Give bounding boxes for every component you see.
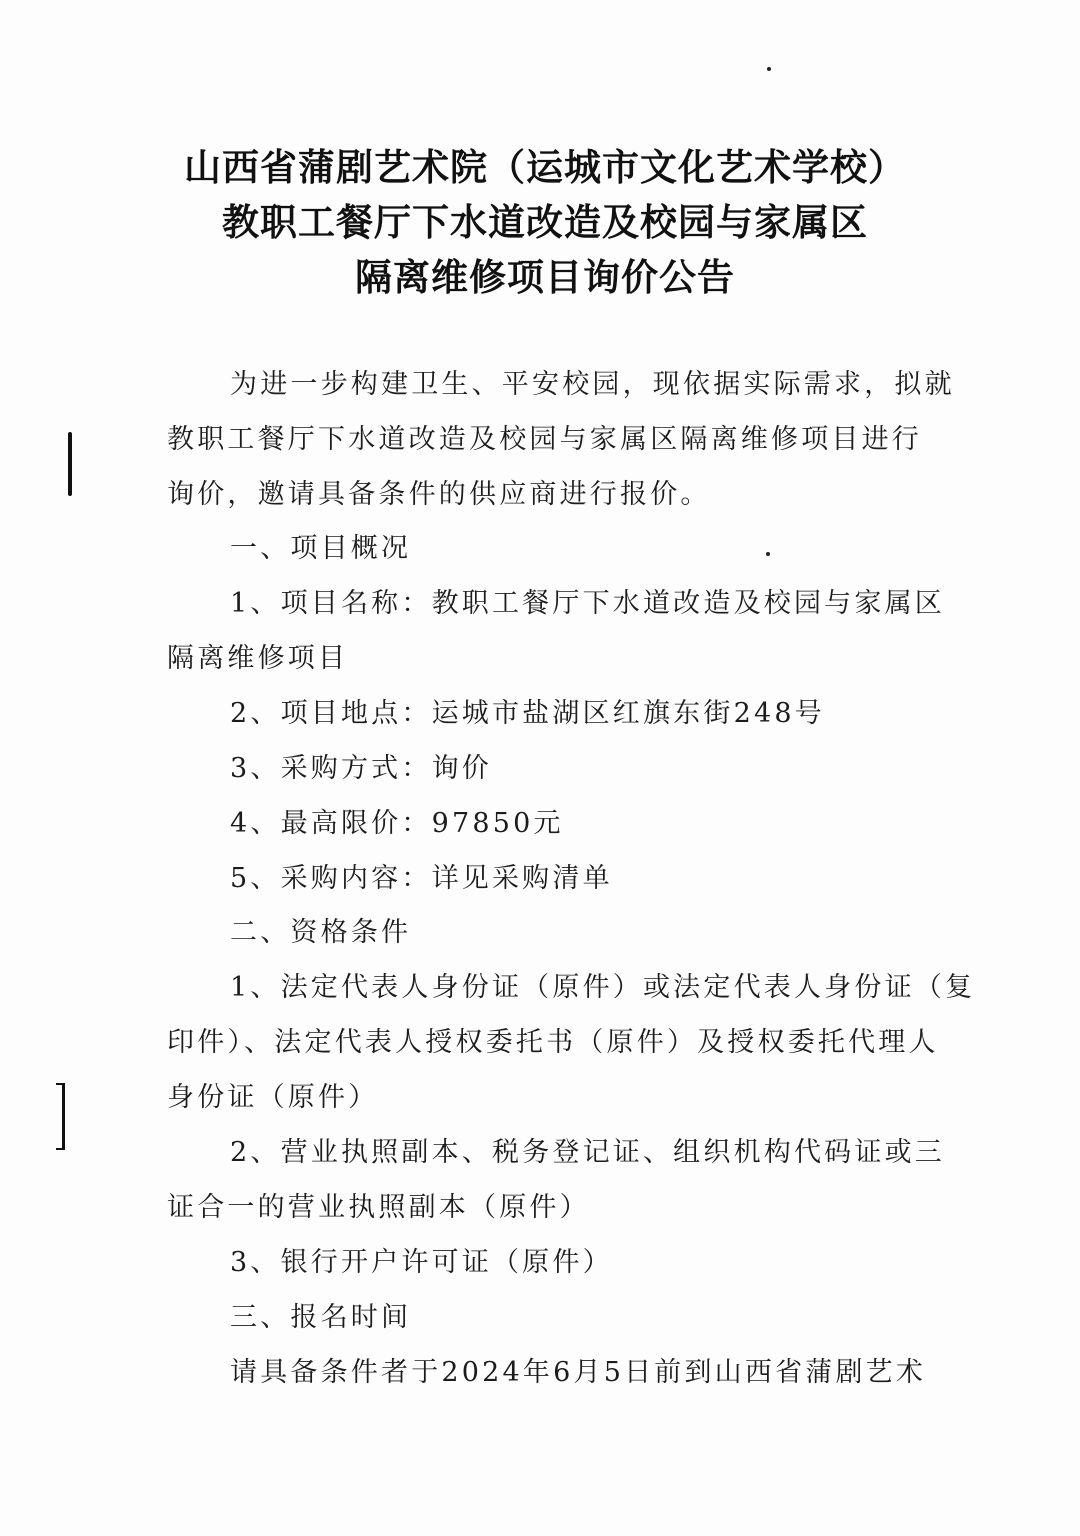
intro-line-1: 为进一步构建卫生、平安校园，现依据实际需求，拟就 xyxy=(230,362,955,401)
qualification-1-line-1: 1、法定代表人身份证（原件）或法定代表人身份证（复 xyxy=(230,965,975,1004)
binding-mark-bottom xyxy=(62,1083,65,1150)
qualification-1-line-2: 印件）、法定代表人授权委托书（原件）及授权委托代理人 xyxy=(167,1020,939,1059)
qualification-3: 3、银行开户许可证（原件） xyxy=(230,1240,613,1279)
registration-text: 请具备条件者于2024年6月5日前到山西省蒲剧艺术 xyxy=(230,1350,926,1389)
qualification-2-line-1: 2、营业执照副本、税务登记证、组织机构代码证或三 xyxy=(230,1130,945,1169)
title-line-3: 隔离维修项目询价公告 xyxy=(5,247,1080,301)
intro-line-3: 询价，邀请具备条件的供应商进行报价。 xyxy=(167,472,711,511)
scanned-document-page: 山西省蒲剧艺术院（运城市文化艺术学校） 教职工餐厅下水道改造及校园与家属区 隔离… xyxy=(0,0,1080,1536)
qualification-1-line-3: 身份证（原件） xyxy=(167,1075,378,1114)
binding-mark-top xyxy=(68,432,72,496)
project-location: 2、项目地点：运城市盐湖区红旗东街248号 xyxy=(230,691,825,730)
section-3-heading: 三、报名时间 xyxy=(230,1295,411,1334)
section-2-heading: 二、资格条件 xyxy=(230,910,411,949)
title-line-1: 山西省蒲剧艺术院（运城市文化艺术学校） xyxy=(5,137,1080,191)
intro-line-2: 教职工餐厅下水道改造及校园与家属区隔离维修项目进行 xyxy=(167,417,922,456)
title-line-2: 教职工餐厅下水道改造及校园与家属区 xyxy=(5,192,1080,246)
scan-speck xyxy=(767,67,771,71)
qualification-2-line-2: 证合一的营业执照副本（原件） xyxy=(167,1185,590,1224)
project-name-line-1: 1、项目名称：教职工餐厅下水道改造及校园与家属区 xyxy=(230,581,945,620)
scan-speck xyxy=(766,552,770,556)
section-1-heading: 一、项目概况 xyxy=(230,526,411,565)
procurement-method: 3、采购方式：询价 xyxy=(230,746,492,785)
project-name-line-2: 隔离维修项目 xyxy=(167,636,348,675)
max-price: 4、最高限价：97850元 xyxy=(230,801,564,840)
procurement-content: 5、采购内容：详见采购清单 xyxy=(230,856,613,895)
